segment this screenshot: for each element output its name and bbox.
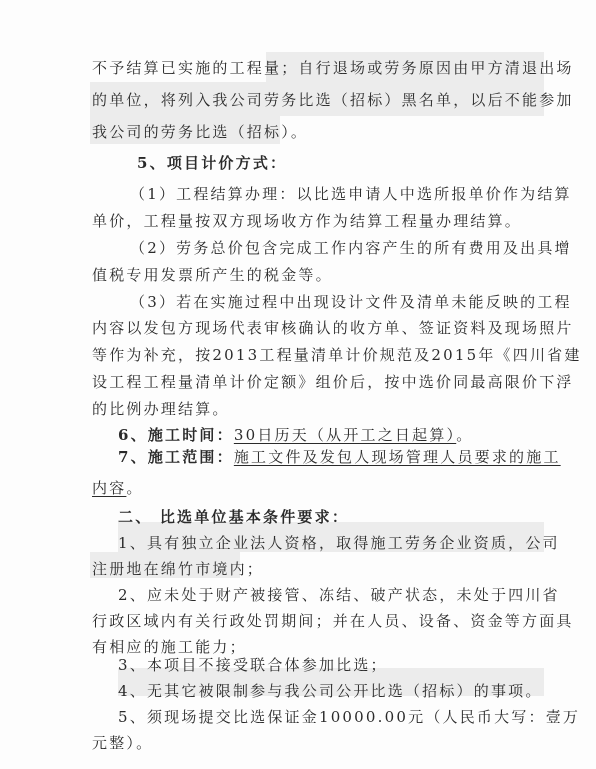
punct: 。 <box>126 479 143 497</box>
text-line: （3）若在实施过程中出现设计文件及清单未能反映的工程 <box>130 292 572 312</box>
text-line: 2、应未处于财产被接管、冻结、破产状态，未处于四川省 <box>118 585 560 605</box>
field-label: 6、施工时间： <box>118 426 234 444</box>
construction-time-line: 6、施工时间：30日历天（从开工之日起算）。 <box>118 425 473 445</box>
text-line: 设工程工程量清单计价定额》组价后，按中选价同最高限价下浮 <box>92 372 574 392</box>
text-line: 5、须现场提交比选保证金10000.00元（人民币大写：壹万 <box>118 707 580 727</box>
text-line: （1）工程结算办理：以比选申请人中选所报单价作为结算 <box>130 184 572 204</box>
text-line: 单价，工程量按双方现场收方作为结算工程量办理结算。 <box>92 211 522 231</box>
text-line: 的单位，将列入我公司劳务比选（招标）黑名单，以后不能参加 <box>92 90 574 110</box>
section-heading: 5、项目计价方式： <box>137 153 287 173</box>
text-line: 我公司的劳务比选（招标）。 <box>92 122 308 142</box>
field-value: 施工文件及发包人现场管理人员要求的施工 <box>234 448 561 466</box>
text-line: 4、无其它被限制参与我公司公开比选（招标）的事项。 <box>118 681 543 701</box>
text-line: 1、具有独立企业法人资格，取得施工劳务企业资质，公司 <box>118 533 560 553</box>
text-line: 注册地在绵竹市境内； <box>92 559 264 579</box>
punct: 。 <box>456 426 473 444</box>
text-line: 不予结算已实施的工程量；自行退场或劳务原因由甲方清退出场 <box>92 58 574 78</box>
text-line: 值税专用发票所产生的税金等。 <box>92 265 333 285</box>
field-value: 内容 <box>92 479 126 497</box>
construction-scope-continued: 内容。 <box>92 478 144 498</box>
text-line: （2）劳务总价包含完成工作内容产生的所有费用及出具增 <box>130 238 572 258</box>
text-line: 3、本项目不接受联合体参加比选； <box>118 655 388 675</box>
text-line: 等作为补充，按2013工程量清单计价规范及2015年《四川省建 <box>92 345 582 365</box>
text-line: 有相应的施工能力； <box>92 637 247 657</box>
document-page: 不予结算已实施的工程量；自行退场或劳务原因由甲方清退出场 的单位，将列入我公司劳… <box>0 0 596 769</box>
text-line: 的比例办理结算。 <box>92 399 230 419</box>
construction-scope-line: 7、施工范围：施工文件及发包人现场管理人员要求的施工 <box>118 447 561 467</box>
field-label: 7、施工范围： <box>118 448 234 466</box>
text-line: 元整）。 <box>92 733 153 753</box>
field-value: 30日历天（从开工之日起算） <box>234 426 456 444</box>
text-line: 内容以发包方现场代表审核确认的收方单、签证资料及现场照片 <box>92 318 574 338</box>
text-line: 行政区域内有关行政处罚期间；并在人员、设备、资金等方面具 <box>92 611 574 631</box>
section-heading: 二、 比选单位基本条件要求： <box>118 507 349 527</box>
